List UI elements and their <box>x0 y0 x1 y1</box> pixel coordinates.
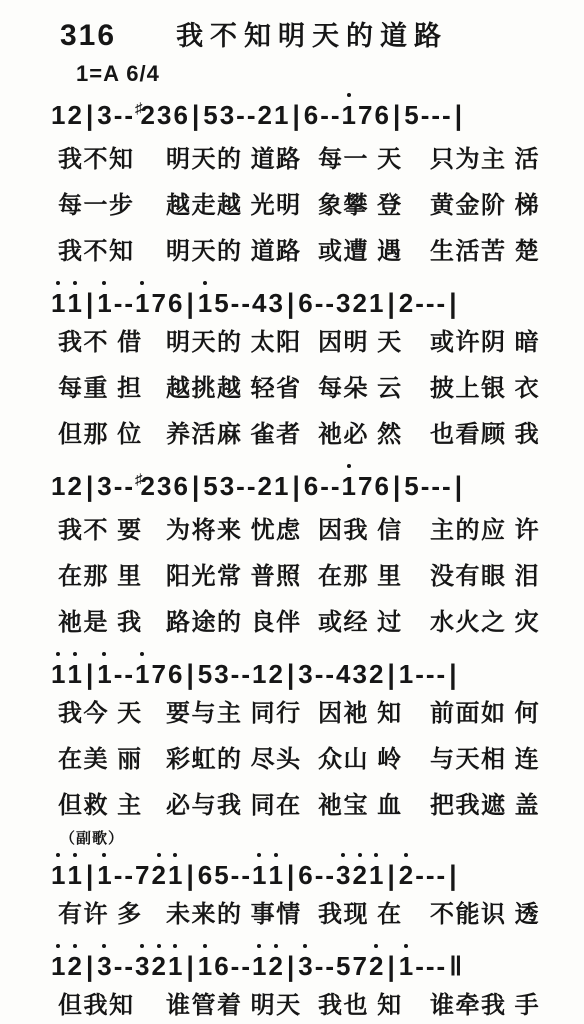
note: 1 <box>268 860 282 890</box>
note-digit: 1 <box>252 860 266 890</box>
note: ♯2 <box>135 100 155 135</box>
lyric-group: 黄金阶 梯 <box>430 191 584 221</box>
note: 1 <box>252 860 266 890</box>
note: 6 <box>168 659 182 689</box>
note-digit: 3 <box>157 471 171 501</box>
barline: | <box>86 950 93 982</box>
note-digit: 1 <box>252 659 266 689</box>
barline: | <box>455 99 462 131</box>
octave-dot-icon <box>56 853 60 857</box>
note-digit: 2 <box>399 860 413 890</box>
note-digit: 1 <box>51 860 65 890</box>
note: 1 <box>168 951 182 981</box>
octave-dot-icon <box>102 944 106 948</box>
note: 1 <box>51 288 65 318</box>
note: 1 <box>97 659 111 689</box>
note-digit: 1 <box>67 288 81 318</box>
note: 2 <box>268 951 282 981</box>
note-digit: 1 <box>97 659 111 689</box>
octave-dot-icon <box>140 281 144 285</box>
note-digit: 1 <box>252 951 266 981</box>
octave-dot-icon <box>102 281 106 285</box>
duration-dash: - <box>124 951 133 981</box>
note: 6 <box>298 860 312 890</box>
note-digit: 6 <box>298 860 312 890</box>
barline: | <box>449 658 456 690</box>
duration-dash: - <box>124 860 133 890</box>
note: 2 <box>353 860 367 890</box>
note: 1 <box>252 951 266 981</box>
note-digit: 6 <box>304 100 318 130</box>
lyric-line: 有许 多未来的 事情我现 在不能识 透 <box>0 892 584 938</box>
note-digit: 1 <box>369 860 383 890</box>
duration-dash: - <box>415 951 424 981</box>
note-digit: 7 <box>358 100 372 130</box>
note-digit: 3 <box>298 659 312 689</box>
note-digit: 7 <box>152 288 166 318</box>
note: 2 <box>353 288 367 318</box>
note: ♯2 <box>135 471 155 506</box>
note: 5 <box>198 659 212 689</box>
lyric-line: 但那 位养活麻 雀者祂必 然也看顾 我 <box>0 412 584 458</box>
note-digit: 5 <box>214 860 228 890</box>
note: 3 <box>157 100 171 130</box>
note: 6 <box>298 288 312 318</box>
lyric-group: 养活麻 雀者 <box>166 420 318 450</box>
note-digit: 6 <box>298 288 312 318</box>
note: 2 <box>399 288 413 318</box>
barline: | <box>86 859 93 891</box>
duration-dash: - <box>421 100 430 130</box>
note-digit: 3 <box>268 288 282 318</box>
barline: | <box>86 658 93 690</box>
octave-dot-icon <box>73 853 77 857</box>
note-digit: 2 <box>258 471 272 501</box>
lyric-group: 只为主 活 <box>430 145 584 175</box>
music-line: 12|3--♯236|53--21|6--176|5---| <box>0 458 584 508</box>
note: 1 <box>252 659 266 689</box>
lyric-group: 或经 过 <box>318 608 430 638</box>
note: 4 <box>336 659 350 689</box>
barline: | <box>186 287 193 319</box>
barline: | <box>387 658 394 690</box>
lyric-group: 但我知 <box>58 991 166 1021</box>
music-line: 12|3--♯236|53--21|6--176|5---| <box>0 87 584 137</box>
barline: | <box>86 287 93 319</box>
octave-dot-icon <box>102 652 106 656</box>
note: 2 <box>369 659 383 689</box>
note: 7 <box>135 860 149 890</box>
barline: | <box>387 950 394 982</box>
duration-dash: - <box>426 860 435 890</box>
duration-dash: - <box>241 659 250 689</box>
note: 1 <box>274 100 288 130</box>
note-digit: 1 <box>97 860 111 890</box>
note-digit: 4 <box>252 288 266 318</box>
duration-dash: - <box>241 951 250 981</box>
note: 5 <box>404 100 418 130</box>
lyric-group: 明天的 道路 <box>166 237 318 267</box>
octave-dot-icon <box>203 944 207 948</box>
note-digit: 5 <box>214 288 228 318</box>
octave-dot-icon <box>56 944 60 948</box>
note-digit: 3 <box>135 951 149 981</box>
lyric-group: 祂宝 血 <box>318 791 430 821</box>
note-digit: 3 <box>353 659 367 689</box>
note-digit: 1 <box>342 471 356 501</box>
octave-dot-icon <box>73 281 77 285</box>
note: 7 <box>358 100 372 130</box>
note: 6 <box>168 288 182 318</box>
music-line: 11|1--721|65--11|6--321|2---| <box>0 847 584 892</box>
note: 1 <box>51 100 65 130</box>
duration-dash: - <box>114 951 123 981</box>
octave-dot-icon <box>257 853 261 857</box>
note: 6 <box>173 100 187 130</box>
note-digit: 2 <box>369 951 383 981</box>
lyric-group: 我不 要 <box>58 516 166 546</box>
note: 2 <box>369 951 383 981</box>
note-digit: 2 <box>353 288 367 318</box>
octave-dot-icon <box>347 93 351 97</box>
octave-dot-icon <box>140 652 144 656</box>
duration-dash: - <box>247 471 256 501</box>
note-digit: 6 <box>173 100 187 130</box>
duration-dash: - <box>320 100 329 130</box>
barline: | <box>192 99 199 131</box>
lyric-group: 也看顾 我 <box>430 420 584 450</box>
lyric-group: 在那 里 <box>58 562 166 592</box>
barline: | <box>449 287 456 319</box>
octave-dot-icon <box>102 853 106 857</box>
note: 1 <box>369 288 383 318</box>
note: 3 <box>220 100 234 130</box>
lyric-group: 我现 在 <box>318 900 430 930</box>
note-digit: 1 <box>97 288 111 318</box>
lyric-group: 众山 岭 <box>318 745 430 775</box>
note: 5 <box>214 860 228 890</box>
lyric-line: 我不 要为将来 忧虑因我 信主的应 许 <box>0 508 584 554</box>
note: 1 <box>51 860 65 890</box>
lyric-line: 每一步越走越 光明象攀 登黄金阶 梯 <box>0 183 584 229</box>
duration-dash: - <box>442 100 451 130</box>
note-digit: 4 <box>336 659 350 689</box>
duration-dash: - <box>236 471 245 501</box>
duration-dash: - <box>231 288 240 318</box>
note-digit: 5 <box>203 471 217 501</box>
duration-dash: - <box>431 471 440 501</box>
note: 1 <box>97 860 111 890</box>
barline: | <box>86 99 93 131</box>
note: 2 <box>67 471 81 501</box>
duration-dash: - <box>331 100 340 130</box>
lyric-group: 但救 主 <box>58 791 166 821</box>
lyric-group: 路途的 良伴 <box>166 608 318 638</box>
lyric-group: 祂是 我 <box>58 608 166 638</box>
barline: | <box>186 658 193 690</box>
lyric-group: 越挑越 轻省 <box>166 374 318 404</box>
duration-dash: - <box>114 860 123 890</box>
note-digit: 1 <box>198 288 212 318</box>
note: 2 <box>258 100 272 130</box>
duration-dash: - <box>231 951 240 981</box>
lyric-line: 我今 天要与主 同行因祂 知前面如 何 <box>0 691 584 737</box>
note: 5 <box>336 951 350 981</box>
note-digit: 5 <box>404 100 418 130</box>
note: 3 <box>298 951 312 981</box>
note-digit: 1 <box>342 100 356 130</box>
lyric-line: 我不知明天的 道路或遭 遇生活苦 楚 <box>0 229 584 275</box>
note-digit: 5 <box>198 659 212 689</box>
duration-dash: - <box>431 100 440 130</box>
note: 6 <box>304 471 318 501</box>
note-digit: 3 <box>157 100 171 130</box>
key-signature: 1=A 6/4 <box>0 53 584 87</box>
note: 1 <box>399 951 413 981</box>
note-digit: 1 <box>51 288 65 318</box>
note-digit: 3 <box>97 471 111 501</box>
lyric-group: 把我遮 盖 <box>430 791 584 821</box>
final-barline: ‖ <box>449 950 462 982</box>
lyric-group: 没有眼 泪 <box>430 562 584 592</box>
note-digit: 3 <box>97 951 111 981</box>
lyric-group: 但那 位 <box>58 420 166 450</box>
octave-dot-icon <box>173 853 177 857</box>
note: 3 <box>336 288 350 318</box>
note-digit: 6 <box>168 659 182 689</box>
lyric-group: 水火之 灾 <box>430 608 584 638</box>
lyric-group: 谁管着 明天 <box>166 991 318 1021</box>
lyric-group: 我不 借 <box>58 328 166 358</box>
page-title: 我不知明天的道路 <box>176 14 448 53</box>
hymn-number: 316 <box>60 19 116 53</box>
note: 5 <box>404 471 418 501</box>
lyric-group: 因祂 知 <box>318 699 430 729</box>
note-digit: 3 <box>220 100 234 130</box>
note: 1 <box>274 471 288 501</box>
note: 1 <box>51 471 65 501</box>
note: 3 <box>157 471 171 501</box>
note-digit: 1 <box>399 951 413 981</box>
octave-dot-icon <box>303 944 307 948</box>
lyric-group: 彩虹的 尽头 <box>166 745 318 775</box>
note: 2 <box>152 860 166 890</box>
note-digit: 6 <box>198 860 212 890</box>
duration-dash: - <box>331 471 340 501</box>
duration-dash: - <box>325 659 334 689</box>
octave-dot-icon <box>73 944 77 948</box>
lyric-group: 我今 天 <box>58 699 166 729</box>
lyric-group: 或许阴 暗 <box>430 328 584 358</box>
duration-dash: - <box>437 951 446 981</box>
lyric-group: 因明 天 <box>318 328 430 358</box>
note: 1 <box>342 471 356 501</box>
duration-dash: - <box>247 100 256 130</box>
lyric-group: 谁牵我 手 <box>430 991 584 1021</box>
duration-dash: - <box>241 288 250 318</box>
duration-dash: - <box>124 659 133 689</box>
note-digit: 5 <box>336 951 350 981</box>
barline: | <box>287 950 294 982</box>
note-digit: 3 <box>336 860 350 890</box>
barline: | <box>287 287 294 319</box>
note-digit: 2 <box>258 100 272 130</box>
duration-dash: - <box>124 471 133 501</box>
note-digit: 3 <box>336 288 350 318</box>
note-digit: 1 <box>198 951 212 981</box>
note-digit: 6 <box>214 951 228 981</box>
note: 1 <box>342 100 356 130</box>
note: 5 <box>214 288 228 318</box>
lyric-group: 或遭 遇 <box>318 237 430 267</box>
octave-dot-icon <box>56 652 60 656</box>
duration-dash: - <box>124 100 133 130</box>
octave-dot-icon <box>347 464 351 468</box>
duration-dash: - <box>426 659 435 689</box>
duration-dash: - <box>315 860 324 890</box>
octave-dot-icon <box>157 944 161 948</box>
note: 2 <box>152 951 166 981</box>
note: 6 <box>304 100 318 130</box>
music-line: 11|1--176|15--43|6--321|2---| <box>0 275 584 320</box>
note: 1 <box>67 288 81 318</box>
note: 3 <box>97 951 111 981</box>
duration-dash: - <box>236 100 245 130</box>
note: 5 <box>203 100 217 130</box>
note-digit: 6 <box>374 100 388 130</box>
duration-dash: - <box>437 288 446 318</box>
duration-dash: - <box>426 951 435 981</box>
note-digit: 1 <box>51 471 65 501</box>
octave-dot-icon <box>404 853 408 857</box>
octave-dot-icon <box>404 944 408 948</box>
lyric-line: 在那 里阳光常 普照在那 里没有眼 泪 <box>0 554 584 600</box>
note: 1 <box>97 288 111 318</box>
duration-dash: - <box>231 659 240 689</box>
lyric-group: 主的应 许 <box>430 516 584 546</box>
note-digit: 2 <box>67 100 81 130</box>
note-digit: 1 <box>168 860 182 890</box>
lyric-line: 每重 担越挑越 轻省每朵 云披上银 衣 <box>0 366 584 412</box>
lyric-group: 未来的 事情 <box>166 900 318 930</box>
note: 3 <box>336 860 350 890</box>
note: 6 <box>374 100 388 130</box>
octave-dot-icon <box>56 281 60 285</box>
note-digit: 7 <box>358 471 372 501</box>
note-digit: 1 <box>51 659 65 689</box>
note: 1 <box>67 659 81 689</box>
duration-dash: - <box>114 100 123 130</box>
note: 6 <box>198 860 212 890</box>
note-digit: 1 <box>135 659 149 689</box>
duration-dash: - <box>421 471 430 501</box>
lyric-group: 阳光常 普照 <box>166 562 318 592</box>
barline: | <box>393 470 400 502</box>
note-digit: 1 <box>268 860 282 890</box>
barline: | <box>387 287 394 319</box>
duration-dash: - <box>315 951 324 981</box>
barline: | <box>393 99 400 131</box>
lyric-line: 我不 借明天的 太阳因明 天或许阴 暗 <box>0 320 584 366</box>
barline: | <box>192 470 199 502</box>
note: 3 <box>298 659 312 689</box>
note-digit: 2 <box>67 951 81 981</box>
octave-dot-icon <box>173 944 177 948</box>
music-line: 11|1--176|53--12|3--432|1---| <box>0 646 584 691</box>
note-digit: 3 <box>97 100 111 130</box>
note-digit: 2 <box>353 860 367 890</box>
note: 6 <box>374 471 388 501</box>
lyric-group: 每一 天 <box>318 145 430 175</box>
lyric-group: 明天的 道路 <box>166 145 318 175</box>
duration-dash: - <box>325 860 334 890</box>
duration-dash: - <box>241 860 250 890</box>
note: 1 <box>198 288 212 318</box>
note: 3 <box>353 659 367 689</box>
note-digit: 2 <box>67 471 81 501</box>
lyric-group: 为将来 忧虑 <box>166 516 318 546</box>
barline: | <box>455 470 462 502</box>
barline: | <box>387 859 394 891</box>
note: 1 <box>369 860 383 890</box>
note-digit: 3 <box>220 471 234 501</box>
note: 7 <box>358 471 372 501</box>
duration-dash: - <box>231 860 240 890</box>
lyric-line: 但我知谁管着 明天我也 知谁牵我 手 <box>0 983 584 1024</box>
octave-dot-icon <box>374 944 378 948</box>
lyric-group: 祂必 然 <box>318 420 430 450</box>
note-digit: 1 <box>67 860 81 890</box>
note-digit: 2 <box>268 659 282 689</box>
duration-dash: - <box>124 288 133 318</box>
duration-dash: - <box>315 659 324 689</box>
octave-dot-icon <box>257 944 261 948</box>
header: 316 我不知明天的道路 <box>0 0 584 53</box>
note: 3 <box>220 471 234 501</box>
lyric-line: 祂是 我路途的 良伴或经 过水火之 灾 <box>0 600 584 646</box>
lyric-group: 生活苦 楚 <box>430 237 584 267</box>
note-digit: 1 <box>274 100 288 130</box>
lyric-group: 前面如 何 <box>430 699 584 729</box>
note-digit: 6 <box>374 471 388 501</box>
note: 2 <box>258 471 272 501</box>
note: 1 <box>135 659 149 689</box>
note: 1 <box>51 951 65 981</box>
note-digit: 1 <box>135 288 149 318</box>
note-digit: 1 <box>51 100 65 130</box>
duration-dash: - <box>325 288 334 318</box>
note-digit: 5 <box>203 100 217 130</box>
lyric-group: 我不知 <box>58 237 166 267</box>
note: 1 <box>67 860 81 890</box>
music-line: 12|3--321|16--12|3--572|1---‖ <box>0 938 584 983</box>
note: 2 <box>268 659 282 689</box>
barline: | <box>86 470 93 502</box>
barline: | <box>292 470 299 502</box>
note-digit: 7 <box>135 860 149 890</box>
barline: | <box>292 99 299 131</box>
barline: | <box>186 950 193 982</box>
note-digit: 1 <box>168 951 182 981</box>
lyric-group: 有许 多 <box>58 900 166 930</box>
note-digit: 1 <box>51 951 65 981</box>
note-digit: 5 <box>404 471 418 501</box>
note-digit: 6 <box>173 471 187 501</box>
lyric-group: 明天的 太阳 <box>166 328 318 358</box>
note-digit: 1 <box>399 659 413 689</box>
note: 2 <box>399 860 413 890</box>
duration-dash: - <box>114 659 123 689</box>
